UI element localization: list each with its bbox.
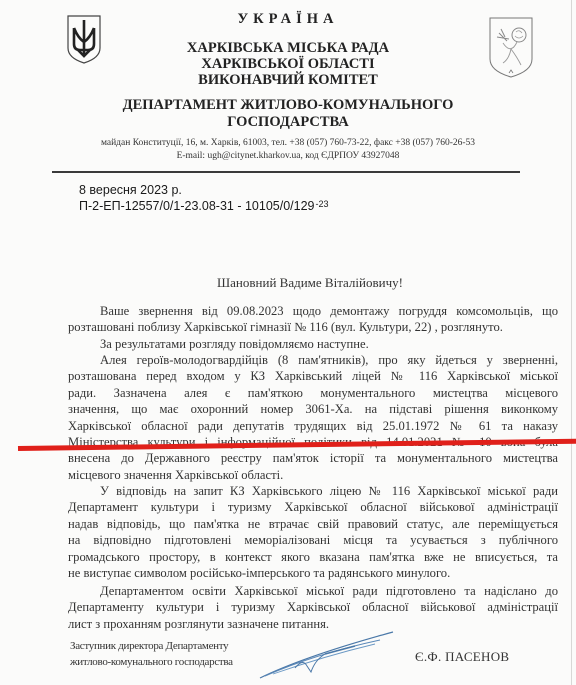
paragraph-3: Алея героїв-молодогвардійців (8 пам'ятни… [68,352,558,483]
paragraph-2: За результатами розгляду повідомляємо на… [68,336,558,352]
text-line: ради. Зазначена алея є пам'яткою монумен… [68,385,558,401]
signatory-title-line-1: Заступник директора Департаменту [70,640,228,652]
text-line: надав відповідь, що пам'ятка не втрачає … [68,516,558,532]
text-line: місцевого значення Харківської області. [68,467,558,483]
text-line: не виступає символом російсько-імперсько… [68,565,558,581]
handwritten-signature-icon [255,628,395,683]
text-line: внесена до Державного реєстру пам'яток і… [68,450,558,466]
text-line: Алея героїв-молодогвардійців (8 пам'ятни… [68,352,558,368]
text-line: значення, що має охоронний номер 3061-Ха… [68,401,558,417]
council-name-line-3: ВИКОНАВЧИЙ КОМІТЕТ [0,72,576,88]
reference-main: П-2-ЕП-12557/0/1-23.08-31 - 10105/0/129 [79,199,315,213]
reference-suffix: -23 [316,199,329,209]
paragraph-5: Департаментом освіти Харківської міської… [68,583,558,632]
text-line: Ваше звернення від 09.08.2023 щодо демон… [68,303,558,319]
department-name-line-1: ДЕПАРТАМЕНТ ЖИТЛОВО-КОМУНАЛЬНОГО [0,97,576,114]
text-line: розташована перед входом у КЗ Харківськи… [68,368,558,384]
paragraph-4: У відповідь на запит КЗ Харківського ліц… [68,483,558,581]
reference-number: П-2-ЕП-12557/0/1-23.08-31 - 10105/0/129-… [79,199,329,213]
text-line: У відповідь на запит КЗ Харківського ліц… [68,483,558,499]
text-line: Департаменту культури і туризму Харківсь… [68,599,558,615]
text-line: Департаментом освіти Харківської міської… [68,583,558,599]
signatory-title-line-2: житлово-комунального господарства [70,656,233,668]
letter-date: 8 вересня 2023 р. [79,183,182,197]
contact-line: E-mail: ugh@citynet.kharkov.ua, код ЄДРП… [0,151,576,161]
signatory-name: Є.Ф. ПАСЕНОВ [415,649,509,665]
text-line: Департамент культури і туризму Харківськ… [68,499,558,515]
country-title: УКРАЇНА [0,11,576,28]
text-line: громадського простору, в контекст якого … [68,549,558,565]
council-name-line-2: ХАРКІВСЬКОЇ ОБЛАСТІ [0,56,576,72]
council-name-line-1: ХАРКІВСЬКА МІСЬКА РАДА [0,40,576,56]
greeting: Шановний Вадиме Віталійовичу! [0,275,576,291]
text-line: розташовані поблизу Харківської гімназії… [68,319,558,335]
text-line: Харківської обласної ради депутатів труд… [68,418,558,434]
department-name-line-2: ГОСПОДАРСТВА [0,114,576,131]
text-line: За результатами розгляду повідомляємо на… [68,336,558,352]
paragraph-1: Ваше звернення від 09.08.2023 щодо демон… [68,303,558,336]
letter-page: УКРАЇНА ХАРКІВСЬКА МІСЬКА РАДА ХАРКІВСЬК… [0,0,576,685]
letterhead-divider [52,171,520,173]
address-line: майдан Конституції, 16, м. Харків, 61003… [0,138,576,148]
text-line: на відповідно підготовлені меморіалізова… [68,532,558,548]
